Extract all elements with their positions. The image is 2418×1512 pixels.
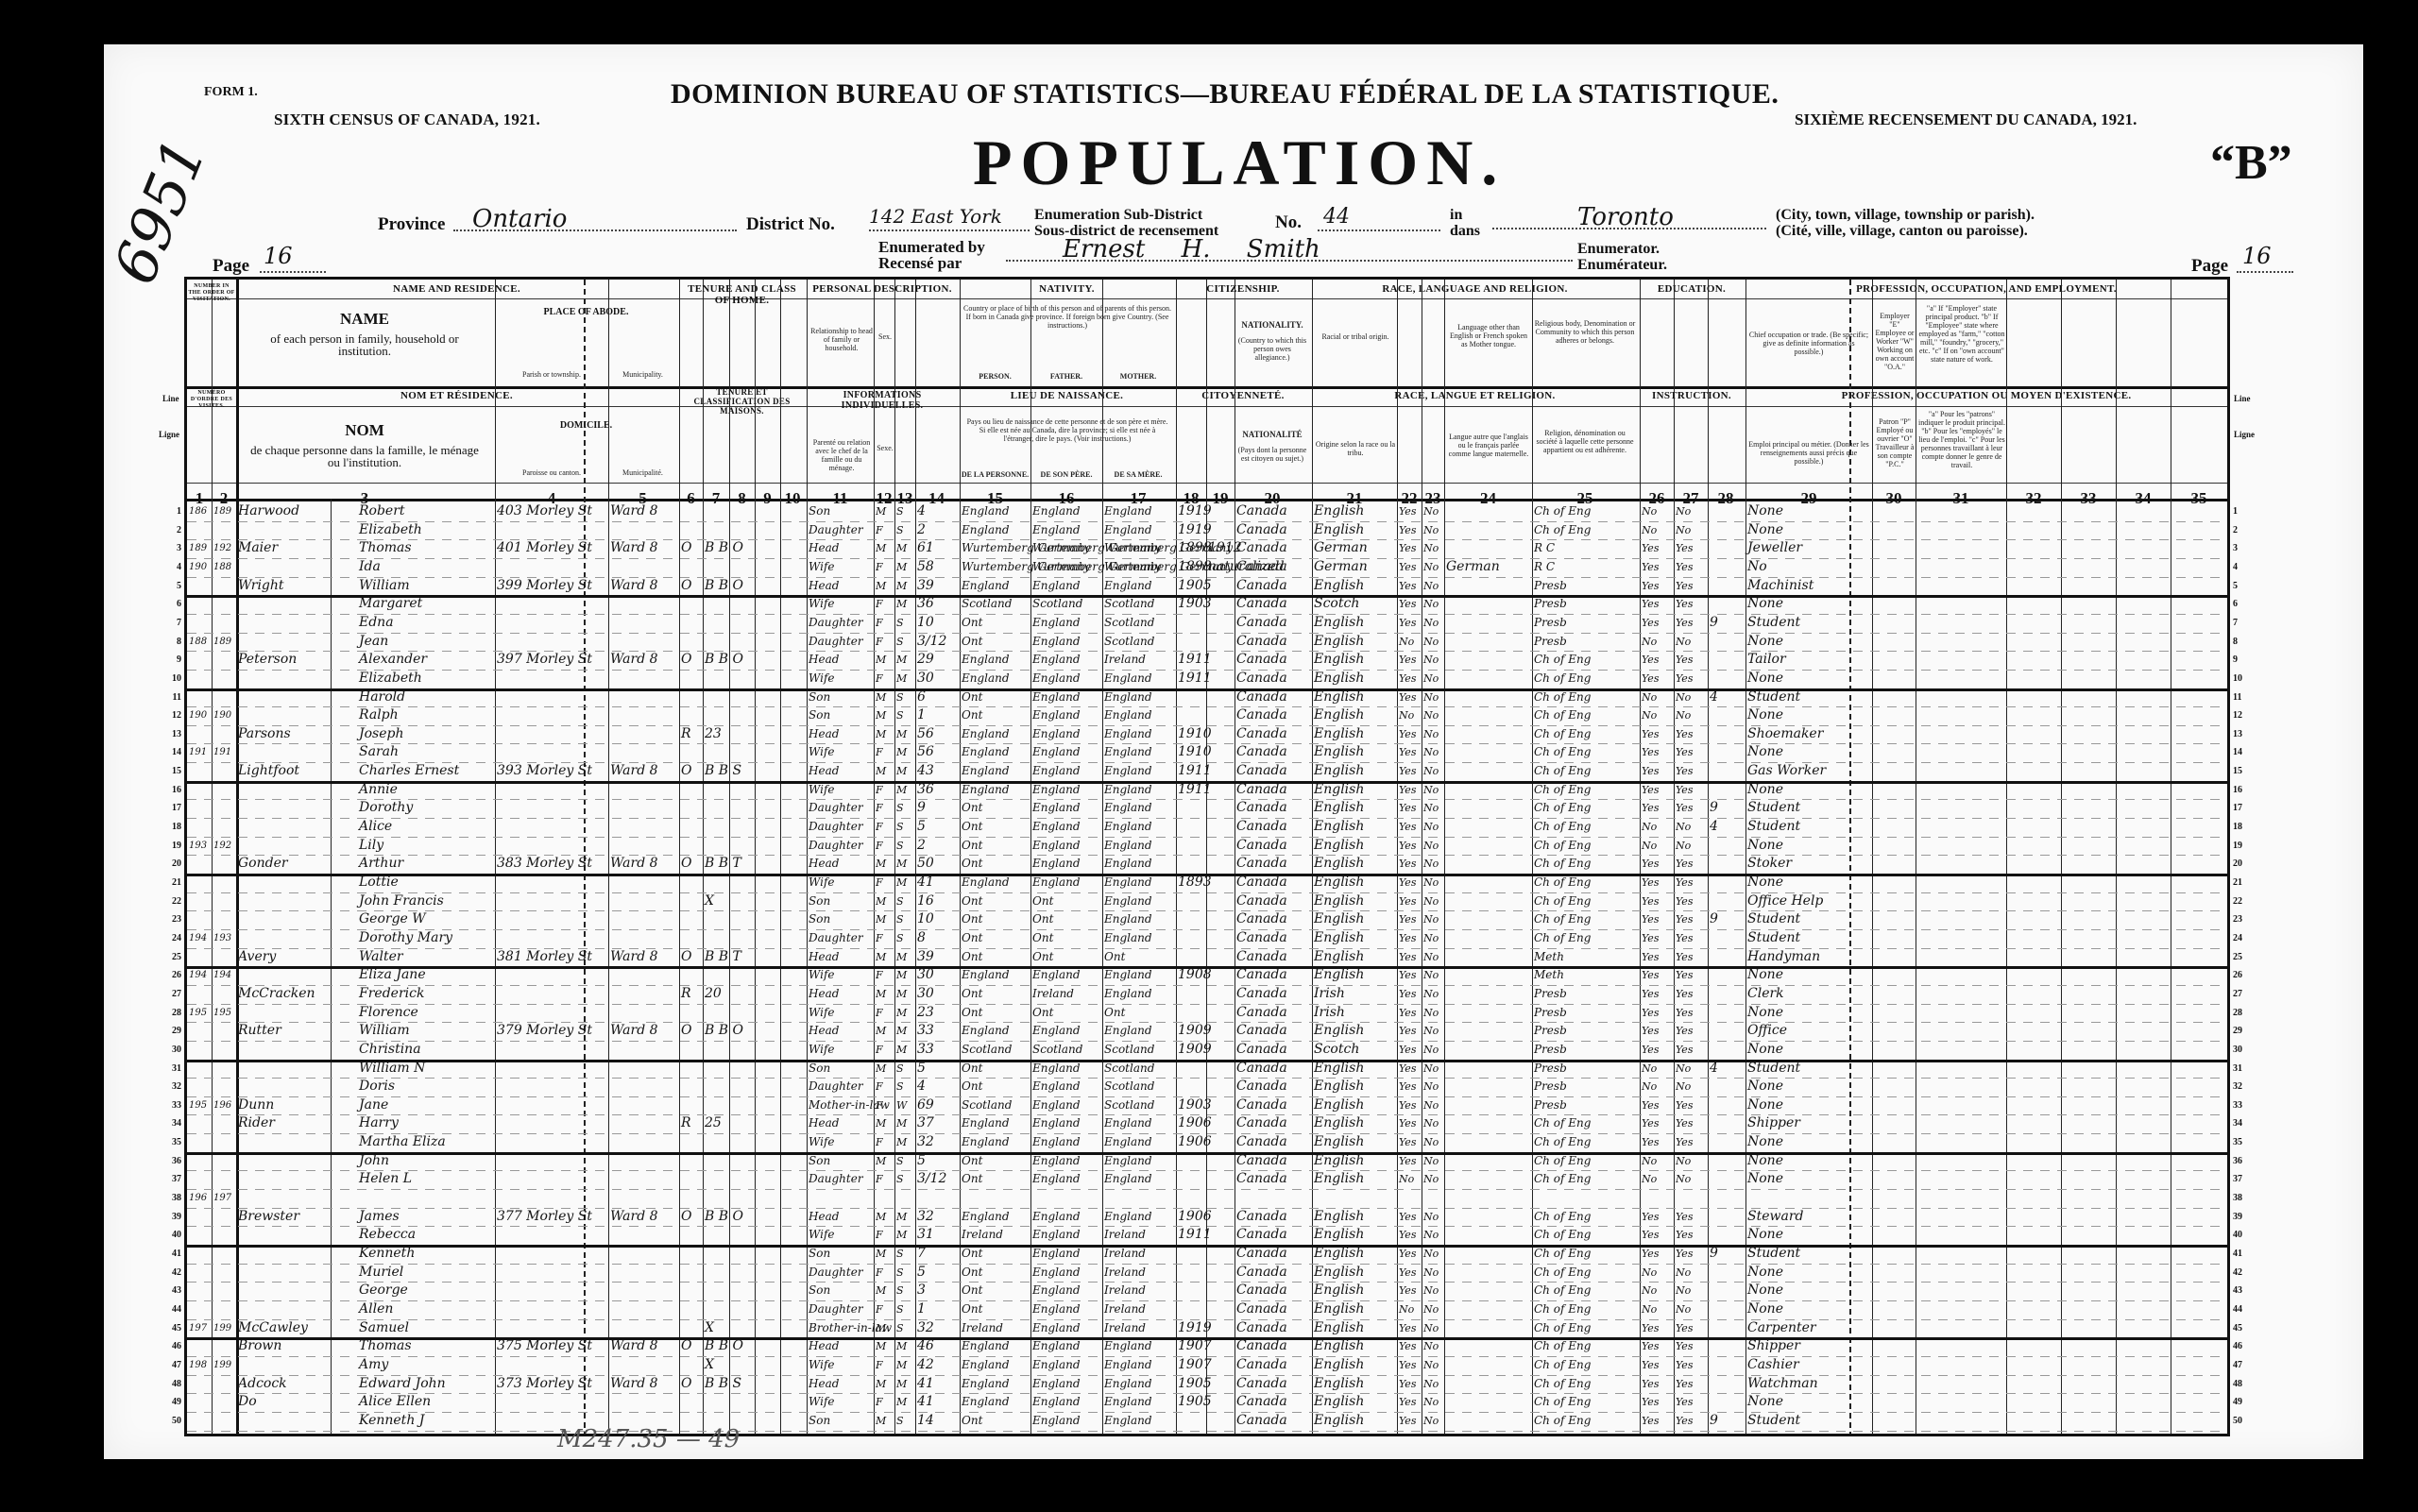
cell-origin: English	[1314, 725, 1364, 743]
cell-father-birth: England	[1032, 725, 1081, 743]
cell-cond: M	[896, 1022, 907, 1040]
nationality-header-en: NATIONALITY.	[1235, 321, 1309, 330]
cell-age: 41	[917, 874, 934, 892]
cell-sex: M	[876, 688, 886, 706]
row-divider	[187, 1264, 2227, 1265]
line-number: 21	[168, 877, 181, 888]
cell-write: Yes	[1676, 985, 1693, 1003]
cell-nationality: Canada	[1236, 1022, 1287, 1040]
line-number: 5	[168, 581, 181, 591]
cell-age: 41	[917, 1393, 934, 1411]
line-number-right: 26	[2233, 970, 2252, 980]
cell-mother-birth: England	[1104, 725, 1152, 743]
line-number: 43	[168, 1285, 181, 1296]
cell-given: Doris	[359, 1078, 395, 1096]
column-number: 7	[703, 489, 729, 508]
cell-fr: No	[1423, 948, 1439, 966]
header-divider-en-fr	[187, 386, 2227, 389]
cell-origin: English	[1314, 1282, 1364, 1300]
cell-sex: F	[876, 614, 883, 632]
cell-rel: Daughter	[809, 1170, 863, 1188]
row-divider	[187, 1282, 2227, 1283]
row-divider	[187, 929, 2227, 930]
cell-religion: Ch of Eng	[1534, 1393, 1591, 1411]
cell-birth: England	[962, 1022, 1010, 1040]
cell-mother-birth: England	[1104, 1375, 1152, 1393]
row-divider	[187, 1060, 2227, 1062]
line-number: 4	[168, 562, 181, 572]
cell-father-birth: Scotland	[1032, 595, 1082, 613]
cell-occupation: Office	[1747, 1022, 1787, 1040]
cell-father-birth: England	[1032, 1356, 1081, 1374]
cell-cond: S	[896, 1412, 904, 1430]
cell-family: 189	[213, 502, 231, 520]
cell-tenure: O	[681, 762, 691, 780]
cell-nationality: Canada	[1236, 651, 1287, 669]
page-field-right: 16	[2237, 243, 2293, 273]
line-number-right: 37	[2233, 1174, 2252, 1184]
cell-given: Kenneth J	[359, 1412, 424, 1430]
row-divider	[187, 799, 2227, 800]
cell-nationality: Canada	[1236, 855, 1287, 873]
cell-rel: Daughter	[809, 1264, 863, 1282]
cell-age: 33	[917, 1041, 934, 1059]
cell-read: Yes	[1642, 614, 1659, 632]
cell-birth: Ont	[962, 1004, 982, 1022]
page-value-left: 16	[260, 243, 293, 269]
line-number: 42	[168, 1267, 181, 1278]
cell-sex: F	[876, 1356, 883, 1374]
cell-eng: Yes	[1399, 948, 1416, 966]
column-number: 33	[2061, 489, 2116, 508]
cell-given: Elizabeth	[359, 521, 422, 539]
cell-birth: England	[962, 670, 1010, 688]
cell-mother-birth: Ireland	[1104, 1264, 1146, 1282]
column-line	[495, 280, 496, 1434]
cell-age: 5	[917, 1060, 926, 1078]
cell-fr: No	[1423, 1170, 1439, 1188]
header-divider	[187, 406, 2227, 407]
cell-family: 192	[213, 539, 231, 557]
cell-fr: No	[1423, 614, 1439, 632]
cell-age: 16	[917, 892, 934, 910]
cell-read: Yes	[1642, 762, 1659, 780]
cell-read: Yes	[1642, 855, 1659, 873]
cell-religion: Ch of Eng	[1534, 1337, 1591, 1355]
cell-class: B B O	[705, 539, 743, 557]
in-label: in dans	[1450, 207, 1480, 239]
father-header-fr: DE SON PÈRE.	[1030, 470, 1102, 479]
column-number: 31	[1916, 489, 2006, 508]
cell-father-birth: England	[1032, 1060, 1081, 1078]
cell-occupation: None	[1747, 743, 1783, 761]
cell-nationality: Canada	[1236, 1152, 1287, 1170]
row-divider	[187, 614, 2227, 615]
cell-nationality: Canada	[1236, 910, 1287, 928]
cell-origin: English	[1314, 1060, 1364, 1078]
cell-birth: Ont	[962, 1264, 982, 1282]
cell-origin: English	[1314, 688, 1364, 706]
cell-ward: Ward 8	[610, 948, 658, 966]
cell-read: Yes	[1642, 985, 1659, 1003]
cell-fr: No	[1423, 651, 1439, 669]
cell-mother-birth: England	[1104, 1208, 1152, 1226]
cell-write: Yes	[1676, 966, 1693, 984]
cell-rel: Wife	[809, 1226, 835, 1244]
cell-rel: Wife	[809, 1393, 835, 1411]
name-header-fr-sub: de chaque personne dans la famille, le m…	[246, 444, 484, 468]
cell-origin: English	[1314, 577, 1364, 595]
column-line	[807, 280, 808, 1434]
cell-read: Yes	[1642, 874, 1659, 892]
row-divider	[187, 688, 2227, 691]
cell-write: No	[1676, 633, 1691, 651]
cell-father-birth: England	[1032, 1300, 1081, 1318]
nativity-note-en: Country or place of birth of this person…	[963, 304, 1171, 330]
cell-sex: F	[876, 1004, 883, 1022]
cell-sex: M	[876, 1152, 886, 1170]
province-field: Ontario	[453, 205, 737, 231]
province-value: Ontario	[453, 205, 567, 233]
cell-rel: Wife	[809, 1356, 835, 1374]
cell-sex: F	[876, 966, 883, 984]
cell-nationality: Canada	[1236, 762, 1287, 780]
line-number: 34	[168, 1118, 181, 1129]
column-line	[703, 280, 704, 1434]
cell-eng: Yes	[1399, 1078, 1416, 1096]
cell-surname: Harwood	[238, 502, 299, 520]
cell-ward: Ward 8	[610, 1375, 658, 1393]
cell-given: Lily	[359, 837, 383, 855]
cell-religion: Ch of Eng	[1534, 1356, 1591, 1374]
cell-dwelling: 194	[189, 966, 207, 984]
cell-write: Yes	[1676, 1208, 1693, 1226]
cell-write: No	[1676, 706, 1691, 724]
line-number-right: 17	[2233, 803, 2252, 813]
cell-mother-birth: England	[1104, 966, 1152, 984]
cell-age: 46	[917, 1337, 934, 1355]
cell-write: Yes	[1676, 1245, 1693, 1263]
religion-header-en: Religious body, Denomination or Communit…	[1534, 319, 1636, 345]
cell-rel: Head	[809, 1114, 839, 1132]
municipality-header-fr: Municipalité.	[608, 468, 677, 477]
cell-age: 33	[917, 1022, 934, 1040]
cell-eng: Yes	[1399, 985, 1416, 1003]
column-line	[1444, 280, 1445, 1434]
cell-given: George W	[359, 910, 426, 928]
cell-sex: M	[876, 1282, 886, 1300]
cell-birth: England	[962, 1133, 1010, 1151]
cell-cond: M	[896, 1337, 907, 1355]
name-header-fr: NOM	[236, 421, 493, 440]
cell-given: Samuel	[359, 1319, 409, 1337]
cell-read: Yes	[1642, 1337, 1659, 1355]
cell-immig: 1909	[1178, 1041, 1212, 1059]
cell-dwelling: 196	[189, 1189, 207, 1207]
column-line	[1206, 280, 1207, 1434]
cell-father-birth: England	[1032, 502, 1081, 520]
cell-occupation: None	[1747, 670, 1783, 688]
cell-birth: Ont	[962, 985, 982, 1003]
cell-father-birth: England	[1032, 688, 1081, 706]
cell-nationality: Canada	[1236, 743, 1287, 761]
cell-eng: Yes	[1399, 595, 1416, 613]
cell-mother-birth: England	[1104, 1412, 1152, 1430]
cell-mother-birth: England	[1104, 670, 1152, 688]
cell-nationality: Canada	[1236, 1226, 1287, 1244]
cell-father-birth: England	[1032, 837, 1081, 855]
cell-nationality: Canada	[1236, 837, 1287, 855]
cell-sex: F	[876, 1300, 883, 1318]
cell-occupation: No	[1747, 558, 1767, 576]
cell-age: 2	[917, 521, 926, 539]
cell-fr: No	[1423, 762, 1439, 780]
cell-sex: M	[876, 706, 886, 724]
cell-write: No	[1676, 1282, 1691, 1300]
cell-father-birth: England	[1032, 1022, 1081, 1040]
cell-mother-birth: Scotland	[1104, 1060, 1154, 1078]
cell-mother-birth: England	[1104, 892, 1152, 910]
industry-header-fr: "a" Pour les "patrons" indiquer le produ…	[1918, 410, 2005, 469]
cell-dwelling: 193	[189, 837, 207, 855]
line-number-right: 13	[2233, 729, 2252, 739]
no-label: No.	[1275, 212, 1302, 233]
cell-fr: No	[1423, 1282, 1439, 1300]
cell-address: 375 Morley St	[497, 1337, 592, 1355]
line-number-right: 48	[2233, 1379, 2252, 1389]
section-personal-en: PERSONAL DESCRIPTION.	[807, 283, 958, 295]
cell-fr: No	[1423, 874, 1439, 892]
parish-header-en: Parish or township.	[495, 370, 608, 379]
line-number: 28	[168, 1008, 181, 1018]
cell-nationality: Canada	[1236, 1375, 1287, 1393]
cell-cond: M	[896, 725, 907, 743]
column-number: 32	[2006, 489, 2061, 508]
line-number-right: 11	[2233, 692, 2252, 703]
cell-mother-birth: England	[1104, 1133, 1152, 1151]
cell-father-birth: England	[1032, 670, 1081, 688]
line-number-right: 38	[2233, 1193, 2252, 1203]
cell-ward: Ward 8	[610, 577, 658, 595]
line-number: 49	[168, 1397, 181, 1407]
cell-write: Yes	[1676, 558, 1693, 576]
cell-sex: F	[876, 1170, 883, 1188]
cell-birth: Scotland	[962, 595, 1012, 613]
cell-age: 3/12	[917, 633, 946, 651]
cell-father-birth: England	[1032, 651, 1081, 669]
cell-write: Yes	[1676, 1356, 1693, 1374]
cell-eng: Yes	[1399, 781, 1416, 799]
cell-rel: Son	[809, 1152, 830, 1170]
cell-write: Yes	[1676, 1041, 1693, 1059]
cell-age: 3	[917, 1282, 926, 1300]
cell-fr: No	[1423, 725, 1439, 743]
cell-religion: Presb	[1534, 595, 1567, 613]
cell-rel: Head	[809, 948, 839, 966]
cell-occupation: Stoker	[1747, 855, 1792, 873]
cell-occupation: None	[1747, 1170, 1783, 1188]
cell-rel: Wife	[809, 1133, 835, 1151]
cell-write: Yes	[1676, 614, 1693, 632]
cell-read: No	[1642, 1152, 1657, 1170]
cell-origin: English	[1314, 614, 1364, 632]
cell-surname: Lightfoot	[238, 762, 299, 780]
line-number: 47	[168, 1360, 181, 1370]
section-name-residence-en: NAME AND RESIDENCE.	[236, 283, 677, 295]
cell-age: 5	[917, 1152, 926, 1170]
line-number: 40	[168, 1230, 181, 1240]
cell-eng: Yes	[1399, 837, 1416, 855]
cell-tenure: O	[681, 1022, 691, 1040]
cell-cond: M	[896, 1208, 907, 1226]
cell-given: Dorothy Mary	[359, 929, 452, 947]
cell-cond: S	[896, 1319, 904, 1337]
cell-nationality: Canada	[1236, 1208, 1287, 1226]
cell-rel: Son	[809, 910, 830, 928]
cell-origin: English	[1314, 966, 1364, 984]
cell-read: Yes	[1642, 1208, 1659, 1226]
cell-surname: Rutter	[238, 1022, 281, 1040]
cell-age: 39	[917, 577, 934, 595]
cell-eng: Yes	[1399, 725, 1416, 743]
cell-read: No	[1642, 837, 1657, 855]
cell-given: Florence	[359, 1004, 418, 1022]
line-number: 7	[168, 618, 181, 628]
line-number-right: 41	[2233, 1249, 2252, 1259]
cell-birth: England	[962, 651, 1010, 669]
cell-occupation: None	[1747, 1041, 1783, 1059]
column-line	[679, 280, 680, 1434]
column-number: 30	[1872, 489, 1916, 508]
line-number: 10	[168, 673, 181, 684]
cell-read: Yes	[1642, 651, 1659, 669]
cell-immig: 1910	[1178, 743, 1212, 761]
cell-ward: Ward 8	[610, 855, 658, 873]
section-education-en: EDUCATION.	[1640, 283, 1744, 295]
cell-religion: Presb	[1534, 614, 1567, 632]
cell-cond: M	[896, 762, 907, 780]
line-number-right: 12	[2233, 710, 2252, 721]
cell-fr: No	[1423, 1152, 1439, 1170]
cell-eng: Yes	[1399, 1319, 1416, 1337]
line-number-right: 35	[2233, 1137, 2252, 1147]
cell-read: Yes	[1642, 948, 1659, 966]
cell-religion: Presb	[1534, 1041, 1567, 1059]
cell-father-birth: Scotland	[1032, 1041, 1082, 1059]
cell-mother-birth: Ireland	[1104, 1282, 1146, 1300]
cell-religion: Ch of Eng	[1534, 892, 1591, 910]
cell-given: Thomas	[359, 1337, 412, 1355]
cell-mother-birth: England	[1104, 910, 1152, 928]
cell-nationality: Canada	[1236, 1133, 1287, 1151]
cell-birth: England	[962, 725, 1010, 743]
cell-rel: Head	[809, 651, 839, 669]
cell-fr: No	[1423, 1375, 1439, 1393]
cell-sex: F	[876, 1264, 883, 1282]
cell-religion: Ch of Eng	[1534, 706, 1591, 724]
cell-class: B B T	[705, 855, 741, 873]
cell-class: B B S	[705, 1375, 741, 1393]
cell-father-birth: England	[1032, 762, 1081, 780]
cell-mother-birth: Scotland	[1104, 633, 1154, 651]
cell-family: 192	[213, 837, 231, 855]
cell-occupation: None	[1747, 706, 1783, 724]
section-race-fr: RACE, LANGUE ET RELIGION.	[1312, 390, 1638, 401]
column-line	[1708, 280, 1709, 1434]
header-divider	[187, 483, 2227, 484]
cell-religion: Ch of Eng	[1534, 874, 1591, 892]
cell-address: 373 Morley St	[497, 1375, 592, 1393]
cell-mother-birth: England	[1104, 577, 1152, 595]
cell-father-birth: Ont	[1032, 892, 1053, 910]
cell-birth: England	[962, 743, 1010, 761]
cell-surname: Avery	[238, 948, 276, 966]
cell-origin: English	[1314, 743, 1364, 761]
province-label: Province	[378, 214, 445, 235]
line-number-right: 31	[2233, 1063, 2252, 1074]
row-divider	[187, 985, 2227, 986]
cell-sex: M	[876, 651, 886, 669]
cell-eng: Yes	[1399, 892, 1416, 910]
cell-read: Yes	[1642, 1133, 1659, 1151]
cell-fr: No	[1423, 1096, 1439, 1114]
cell-fr: No	[1423, 799, 1439, 817]
cell-write: No	[1676, 1060, 1691, 1078]
sex-header-fr: Sexe.	[876, 444, 894, 452]
cell-mother-birth: England	[1104, 855, 1152, 873]
cell-eng: Yes	[1399, 1022, 1416, 1040]
line-number-right: 30	[2233, 1045, 2252, 1055]
line-number-right: 10	[2233, 673, 2252, 684]
cell-age: 41	[917, 1375, 934, 1393]
cell-given: William	[359, 577, 410, 595]
cell-religion: Meth	[1534, 948, 1564, 966]
census-table: NUMBER in the order of visitation. NAME …	[184, 277, 2230, 1436]
cell-surname: Parsons	[238, 725, 291, 743]
cell-rel: Daughter	[809, 799, 863, 817]
cell-write: No	[1676, 521, 1691, 539]
cell-nationality: Canada	[1236, 1004, 1287, 1022]
cell-mother-birth: England	[1104, 874, 1152, 892]
cell-age: 29	[917, 651, 934, 669]
cell-cond: M	[896, 1114, 907, 1132]
cell-immig: 1908	[1178, 966, 1212, 984]
cell-origin: English	[1314, 502, 1364, 520]
cell-age: 56	[917, 725, 934, 743]
cell-read: Yes	[1642, 1356, 1659, 1374]
cell-nationality: Canada	[1236, 799, 1287, 817]
cell-age: 10	[917, 614, 934, 632]
ligne-label-left: Ligne	[159, 430, 179, 439]
cell-birth: England	[962, 502, 1010, 520]
cell-write: Yes	[1676, 1337, 1693, 1355]
cell-nationality: Canada	[1236, 688, 1287, 706]
line-number: 14	[168, 747, 181, 757]
cell-fr: No	[1423, 1208, 1439, 1226]
cell-write: No	[1676, 1264, 1691, 1282]
sex-header-en: Sex.	[876, 332, 894, 341]
cell-religion: Meth	[1534, 966, 1564, 984]
cell-surname: Do	[238, 1393, 257, 1411]
cell-given: Muriel	[359, 1264, 403, 1282]
line-number-right: 22	[2233, 896, 2252, 907]
column-line	[1176, 280, 1177, 1434]
section-education-fr: INSTRUCTION.	[1640, 390, 1744, 401]
cell-school: 4	[1710, 688, 1718, 706]
cell-age: 69	[917, 1096, 934, 1114]
row-divider	[187, 910, 2227, 911]
cell-rel: Wife	[809, 595, 835, 613]
